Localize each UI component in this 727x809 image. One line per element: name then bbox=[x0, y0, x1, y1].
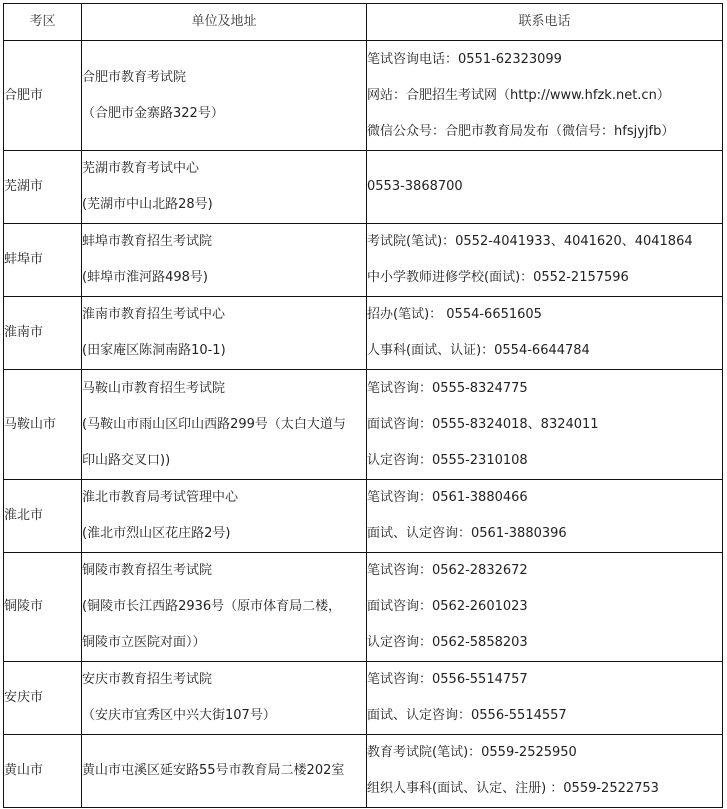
unit-address-cell: 马鞍山市教育招生考试院 (马鞍山市雨山区印山西路299号（太白大道与 印山路交叉… bbox=[82, 370, 367, 480]
city-cell: 安庆市 bbox=[4, 662, 82, 735]
contact-line: 认定咨询：0562-5858203 bbox=[367, 625, 722, 661]
contact-line: 笔试咨询：0556-5514757 bbox=[367, 662, 722, 698]
unit-address: (马鞍山市雨山区印山西路299号（太白大道与 bbox=[82, 407, 366, 443]
city-cell: 淮南市 bbox=[4, 297, 82, 370]
unit-address: 印山路交叉口)) bbox=[82, 443, 366, 479]
contact-cell: 招办(笔试)： 0554-6651605 人事科(面试、认证)：0554-664… bbox=[367, 297, 723, 370]
contact-cell: 笔试咨询：0555-8324775 面试咨询：0555-8324018、8324… bbox=[367, 370, 723, 480]
exam-contacts-table: 考区 单位及地址 联系电话 合肥市 合肥市教育考试院 （合肥市金寨路322号） … bbox=[3, 3, 723, 808]
city-cell: 铜陵市 bbox=[4, 553, 82, 662]
unit-address: (淮北市烈山区花庄路2号) bbox=[82, 516, 366, 552]
city-cell: 蚌埠市 bbox=[4, 224, 82, 297]
unit-name: 淮南市教育招生考试中心 bbox=[82, 297, 366, 333]
unit-address-cell: 芜湖市教育考试中心 (芜湖市中山北路28号) bbox=[82, 151, 367, 224]
contact-line: 微信公众号：合肥市教育局发布（微信号：hfsjyjfb） bbox=[367, 114, 722, 150]
contact-line: 笔试咨询：0562-2832672 bbox=[367, 553, 722, 589]
city-cell: 马鞍山市 bbox=[4, 370, 82, 480]
contact-line: 面试咨询：0555-8324018、8324011 bbox=[367, 407, 722, 443]
table-row: 淮南市 淮南市教育招生考试中心 (田家庵区陈洞南路10-1) 招办(笔试)： 0… bbox=[4, 297, 723, 370]
unit-address-cell: 合肥市教育考试院 （合肥市金寨路322号） bbox=[82, 41, 367, 151]
table-row: 淮北市 淮北市教育局考试管理中心 (淮北市烈山区花庄路2号) 笔试咨询：0561… bbox=[4, 480, 723, 553]
contact-line: 人事科(面试、认证)：0554-6644784 bbox=[367, 333, 722, 369]
header-unit-address: 单位及地址 bbox=[82, 4, 367, 41]
unit-name: 合肥市教育考试院 bbox=[82, 60, 366, 96]
unit-address-cell: 黄山市屯溪区延安路55号市教育局二楼202室 bbox=[82, 735, 367, 808]
unit-address-cell: 铜陵市教育招生考试院 (铜陵市长江西路2936号（原市体育局二楼， 铜陵市立医院… bbox=[82, 553, 367, 662]
unit-name: 芜湖市教育考试中心 bbox=[82, 151, 366, 187]
header-contact-phone: 联系电话 bbox=[367, 4, 723, 41]
website-link[interactable]: 网站：合肥招生考试网（http://www.hfzk.net.cn） bbox=[367, 78, 722, 114]
contact-line: 中小学教师进修学校(面试)：0552-2157596 bbox=[367, 260, 722, 296]
contact-line: 面试、认定咨询：0556-5514557 bbox=[367, 698, 722, 734]
unit-address-cell: 安庆市教育招生考试院 （安庆市宜秀区中兴大街107号） bbox=[82, 662, 367, 735]
contact-cell: 教育考试院(笔试)：0559-2525950 组织人事科(面试、认定、注册) ：… bbox=[367, 735, 723, 808]
unit-name: 马鞍山市教育招生考试院 bbox=[82, 371, 366, 407]
unit-name: 安庆市教育招生考试院 bbox=[82, 662, 366, 698]
contact-cell: 笔试咨询：0561-3880466 面试、认定咨询：0561-3880396 bbox=[367, 480, 723, 553]
unit-name: 淮北市教育局考试管理中心 bbox=[82, 480, 366, 516]
unit-address-cell: 淮北市教育局考试管理中心 (淮北市烈山区花庄路2号) bbox=[82, 480, 367, 553]
unit-address: (芜湖市中山北路28号) bbox=[82, 187, 366, 223]
unit-address-cell: 淮南市教育招生考试中心 (田家庵区陈洞南路10-1) bbox=[82, 297, 367, 370]
table-row: 马鞍山市 马鞍山市教育招生考试院 (马鞍山市雨山区印山西路299号（太白大道与 … bbox=[4, 370, 723, 480]
contact-line: 教育考试院(笔试)：0559-2525950 bbox=[367, 735, 722, 771]
unit-address: （合肥市金寨路322号） bbox=[82, 96, 366, 132]
unit-address: 铜陵市立医院对面）） bbox=[82, 625, 366, 661]
unit-address-cell: 蚌埠市教育招生考试院 (蚌埠市淮河路498号) bbox=[82, 224, 367, 297]
header-row: 考区 单位及地址 联系电话 bbox=[4, 4, 723, 41]
contact-cell: 0553-3868700 bbox=[367, 151, 723, 224]
contact-line: 笔试咨询电话：0551-62323099 bbox=[367, 42, 722, 78]
contact-line: 0553-3868700 bbox=[367, 169, 722, 205]
unit-name-address: 黄山市屯溪区延安路55号市教育局二楼202室 bbox=[82, 753, 366, 789]
contact-line: 组织人事科(面试、认定、注册) ：0559-2522753 bbox=[367, 771, 722, 807]
contact-line: 面试咨询：0562-2601023 bbox=[367, 589, 722, 625]
table-row: 蚌埠市 蚌埠市教育招生考试院 (蚌埠市淮河路498号) 考试院(笔试)：0552… bbox=[4, 224, 723, 297]
unit-address: （安庆市宜秀区中兴大街107号） bbox=[82, 698, 366, 734]
unit-address: (田家庵区陈洞南路10-1) bbox=[82, 333, 366, 369]
table-row: 黄山市 黄山市屯溪区延安路55号市教育局二楼202室 教育考试院(笔试)：055… bbox=[4, 735, 723, 808]
header-exam-area: 考区 bbox=[4, 4, 82, 41]
table-row: 芜湖市 芜湖市教育考试中心 (芜湖市中山北路28号) 0553-3868700 bbox=[4, 151, 723, 224]
contact-line: 笔试咨询：0555-8324775 bbox=[367, 371, 722, 407]
contact-cell: 笔试咨询：0562-2832672 面试咨询：0562-2601023 认定咨询… bbox=[367, 553, 723, 662]
city-cell: 淮北市 bbox=[4, 480, 82, 553]
city-cell: 黄山市 bbox=[4, 735, 82, 808]
city-cell: 芜湖市 bbox=[4, 151, 82, 224]
unit-address: (铜陵市长江西路2936号（原市体育局二楼， bbox=[82, 589, 366, 625]
table-row: 铜陵市 铜陵市教育招生考试院 (铜陵市长江西路2936号（原市体育局二楼， 铜陵… bbox=[4, 553, 723, 662]
unit-name: 铜陵市教育招生考试院 bbox=[82, 553, 366, 589]
contact-line: 笔试咨询：0561-3880466 bbox=[367, 480, 722, 516]
contact-cell: 笔试咨询：0556-5514757 面试、认定咨询：0556-5514557 bbox=[367, 662, 723, 735]
unit-name: 蚌埠市教育招生考试院 bbox=[82, 224, 366, 260]
contact-line: 考试院(笔试)：0552-4041933、4041620、4041864 bbox=[367, 224, 722, 260]
contact-cell: 考试院(笔试)：0552-4041933、4041620、4041864 中小学… bbox=[367, 224, 723, 297]
contact-line: 面试、认定咨询：0561-3880396 bbox=[367, 516, 722, 552]
contact-line: 认定咨询：0555-2310108 bbox=[367, 443, 722, 479]
table-row: 合肥市 合肥市教育考试院 （合肥市金寨路322号） 笔试咨询电话：0551-62… bbox=[4, 41, 723, 151]
contact-line: 招办(笔试)： 0554-6651605 bbox=[367, 297, 722, 333]
city-cell: 合肥市 bbox=[4, 41, 82, 151]
table-row: 安庆市 安庆市教育招生考试院 （安庆市宜秀区中兴大街107号） 笔试咨询：055… bbox=[4, 662, 723, 735]
contact-cell: 笔试咨询电话：0551-62323099 网站：合肥招生考试网（http://w… bbox=[367, 41, 723, 151]
unit-address: (蚌埠市淮河路498号) bbox=[82, 260, 366, 296]
